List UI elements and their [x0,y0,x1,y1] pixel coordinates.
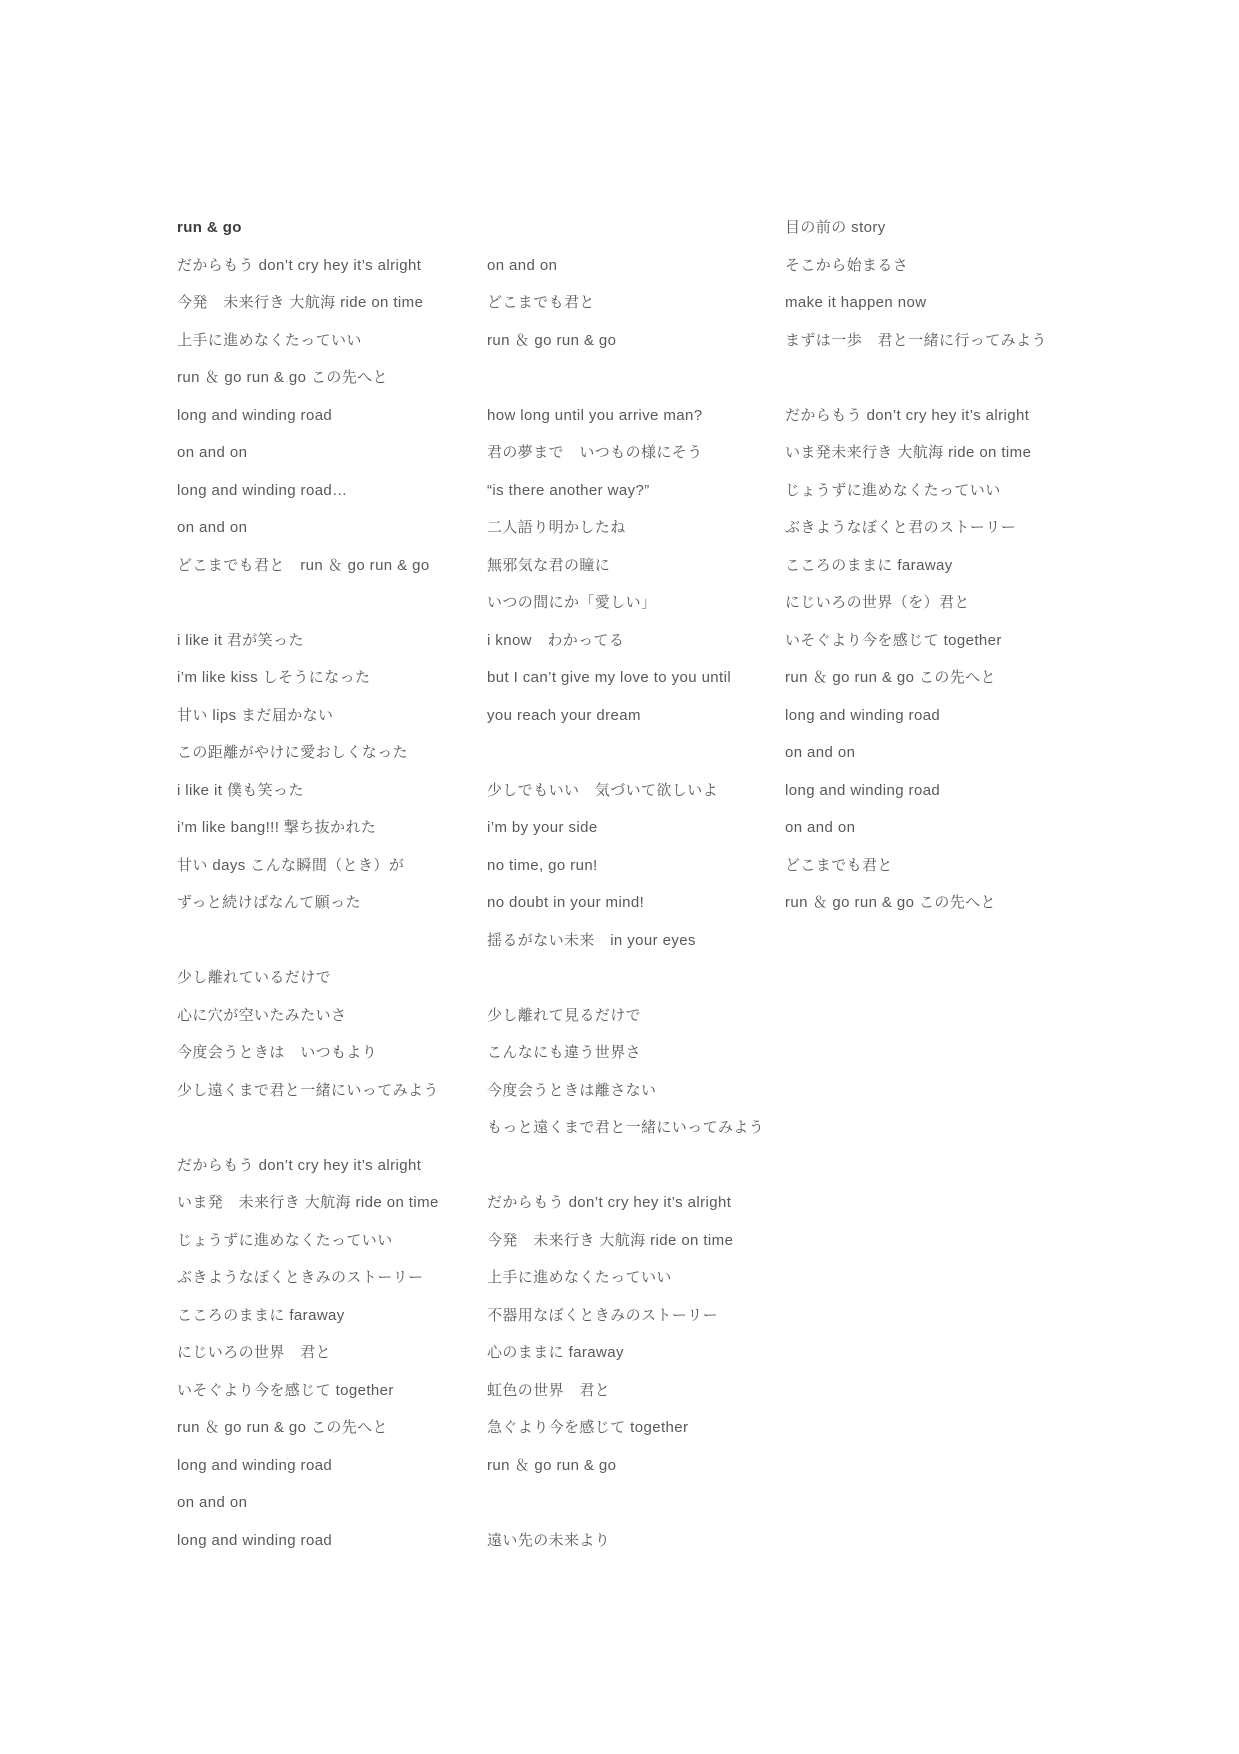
lyric-line: no time, go run! [487,847,764,885]
lyric-line: 今発 未来行き 大航海 ride on time [177,284,439,322]
lyric-line: 今度会うときは離さない [487,1072,764,1110]
lyric-line: もっと遠くまで君と一緒にいってみよう [487,1109,764,1147]
lyric-line: だからもう don’t cry hey it’s alright [177,1147,439,1185]
lyric-line: run ＆ go run & go この先へと [177,1409,439,1447]
lyric-line: いそぐより今を感じて together [785,622,1047,660]
blank-line [487,959,764,997]
lyric-line: ぶきようなぼくと君のストーリー [785,509,1047,547]
lyric-line: i know わかってる [487,622,764,660]
lyrics-column-1: run & go だからもう don’t cry hey it’s alrigh… [177,209,439,1559]
lyric-line: にじいろの世界 君と [177,1334,439,1372]
lyric-line: 君の夢まで いつもの様にそう [487,434,764,472]
lyric-line: どこまでも君と [785,847,1047,885]
lyric-line: だからもう don’t cry hey it’s alright [785,397,1047,435]
lyric-line: 上手に進めなくたっていい [177,322,439,360]
lyric-line: long and winding road [785,697,1047,735]
lyric-line: いそぐより今を感じて together [177,1372,439,1410]
lyric-line: long and winding road [785,772,1047,810]
lyric-line: long and winding road… [177,472,439,510]
lyric-line: 不器用なぼくときみのストーリー [487,1297,764,1335]
lyric-line: にじいろの世界（を）君と [785,584,1047,622]
lyric-line: ずっと続けばなんて願った [177,884,439,922]
lyric-line: i like it 君が笑った [177,622,439,660]
lyric-line: i’m like bang!!! 撃ち抜かれた [177,809,439,847]
lyric-line: 甘い days こんな瞬間（とき）が [177,847,439,885]
lyric-line: run ＆ go run & go この先へと [785,659,1047,697]
lyric-line: ぶきようなぼくときみのストーリー [177,1259,439,1297]
blank-line [487,734,764,772]
lyric-line: 目の前の story [785,209,1047,247]
lyric-line: run ＆ go run & go この先へと [177,359,439,397]
lyric-line: だからもう don’t cry hey it’s alright [177,247,439,285]
blank-line [487,1484,764,1522]
lyric-line: 今発 未来行き 大航海 ride on time [487,1222,764,1260]
lyric-line: 心に穴が空いたみたいさ [177,997,439,1035]
lyric-line: じょうずに進めなくたっていい [177,1222,439,1260]
lyric-line: いま発未来行き 大航海 ride on time [785,434,1047,472]
lyric-line: どこまでも君と [487,284,764,322]
lyric-line: 少し離れているだけで [177,959,439,997]
lyric-line: だからもう don’t cry hey it’s alright [487,1184,764,1222]
lyric-line: run ＆ go run & go この先へと [785,884,1047,922]
blank-line [487,359,764,397]
lyric-line: i’m by your side [487,809,764,847]
lyric-line: いま発 未来行き 大航海 ride on time [177,1184,439,1222]
lyrics-page: run & go だからもう don’t cry hey it’s alrigh… [0,0,1239,1754]
lyric-line: on and on [177,509,439,547]
lyric-line: そこから始まるさ [785,247,1047,285]
lyric-line: make it happen now [785,284,1047,322]
lyric-line: you reach your dream [487,697,764,735]
lyrics-column-3: 目の前の storyそこから始まるさmake it happen nowまずは一… [785,209,1047,922]
lyric-line: i’m like kiss しそうになった [177,659,439,697]
lyric-line: じょうずに進めなくたっていい [785,472,1047,510]
lyric-line: 少し遠くまで君と一緒にいってみよう [177,1072,439,1110]
lyric-line: on and on [487,247,764,285]
lyric-line: long and winding road [177,397,439,435]
lyric-line: how long until you arrive man? [487,397,764,435]
lyric-line: いつの間にか「愛しい」 [487,584,764,622]
lyric-line: 甘い lips まだ届かない [177,697,439,735]
lyric-line: “is there another way?” [487,472,764,510]
blank-line [177,922,439,960]
lyric-line: 今度会うときは いつもより [177,1034,439,1072]
lyric-line: どこまでも君と run ＆ go run & go [177,547,439,585]
blank-line [785,359,1047,397]
lyric-line: この距離がやけに愛おしくなった [177,734,439,772]
lyric-line: 急ぐより今を感じて together [487,1409,764,1447]
lyric-line: i like it 僕も笑った [177,772,439,810]
song-title: run & go [177,209,439,247]
lyric-line: run ＆ go run & go [487,322,764,360]
lyric-line: on and on [785,734,1047,772]
lyric-line: 少し離れて見るだけで [487,997,764,1035]
lyric-line: 二人語り明かしたね [487,509,764,547]
lyric-line: long and winding road [177,1522,439,1560]
lyric-line: こころのままに faraway [785,547,1047,585]
blank-line [177,1109,439,1147]
lyric-line: run ＆ go run & go [487,1447,764,1485]
lyric-line: no doubt in your mind! [487,884,764,922]
lyric-line: 心のままに faraway [487,1334,764,1372]
lyric-line: 虹色の世界 君と [487,1372,764,1410]
lyric-line: こころのままに faraway [177,1297,439,1335]
lyric-line: long and winding road [177,1447,439,1485]
lyric-line: 無邪気な君の瞳に [487,547,764,585]
lyric-line: 上手に進めなくたっていい [487,1259,764,1297]
blank-line [487,209,764,247]
blank-line [487,1147,764,1185]
lyric-line: on and on [177,434,439,472]
lyric-line: on and on [785,809,1047,847]
lyric-line: but I can’t give my love to you until [487,659,764,697]
lyric-line: まずは一歩 君と一緒に行ってみよう [785,322,1047,360]
lyrics-column-2: on and onどこまでも君とrun ＆ go run & go how lo… [487,209,764,1559]
blank-line [177,584,439,622]
lyric-line: 遠い先の未来より [487,1522,764,1560]
lyric-line: 揺るがない未来 in your eyes [487,922,764,960]
lyric-line: on and on [177,1484,439,1522]
lyric-line: こんなにも違う世界さ [487,1034,764,1072]
lyric-line: 少しでもいい 気づいて欲しいよ [487,772,764,810]
